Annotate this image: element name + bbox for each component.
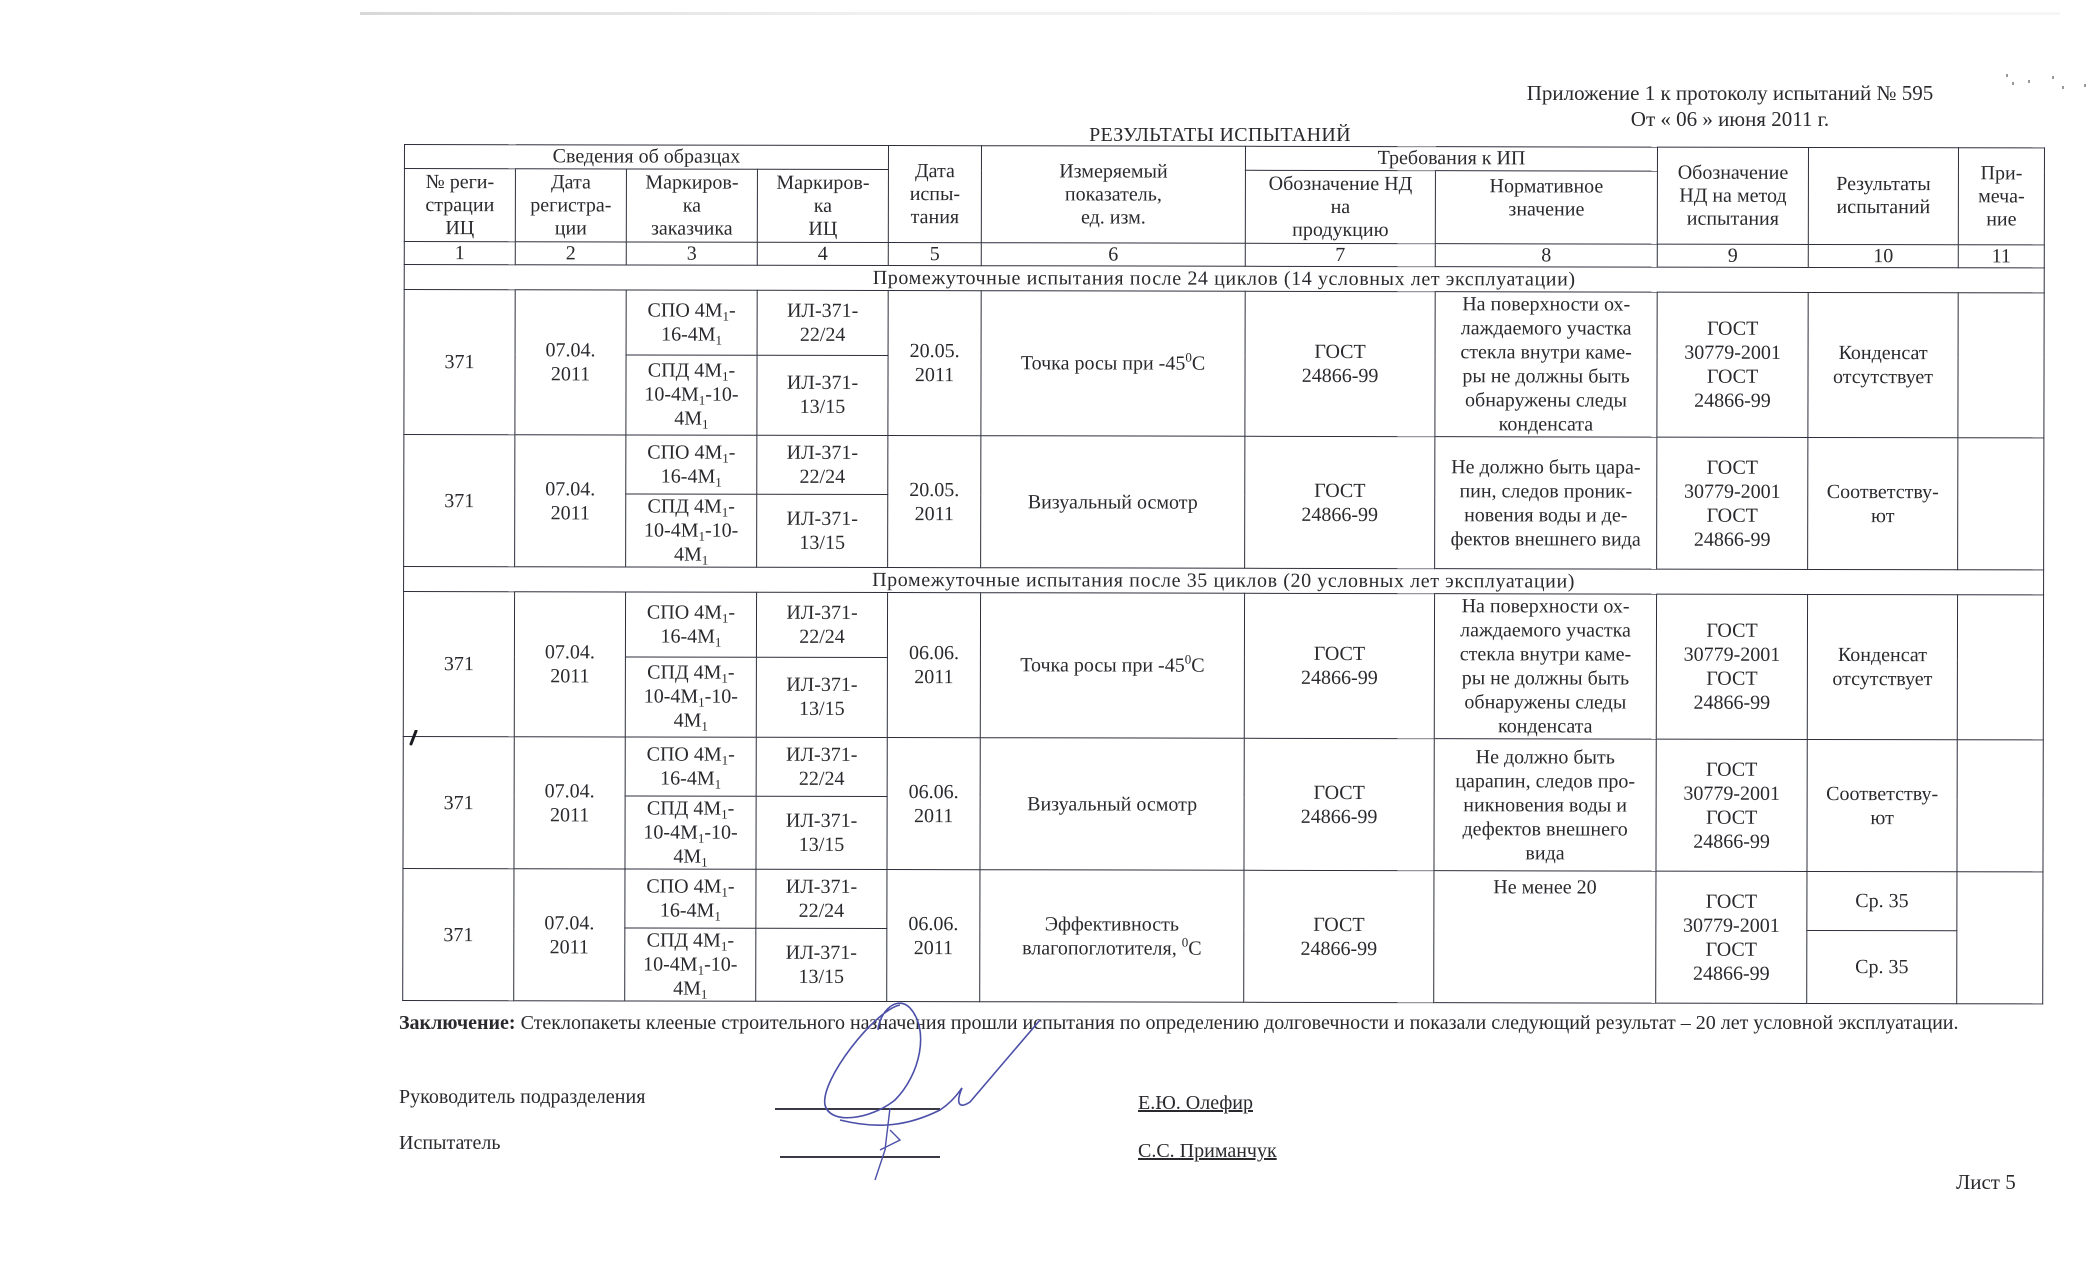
test-date: 20.05.2011 <box>888 291 981 436</box>
column-number: 7 <box>1245 243 1435 266</box>
protocol-annex-header: Приложение 1 к протоколу испытаний № 595… <box>1500 80 1960 132</box>
column-number: 3 <box>626 242 757 265</box>
column-number: 5 <box>888 243 981 266</box>
lab-mark: ИЛ-371-13/15 <box>757 355 888 435</box>
column-header-product-nd: Обозначение НДнапродукцию <box>1245 170 1435 243</box>
section-title: Промежуточные испытания после 24 циклов … <box>404 265 2044 293</box>
column-header-reg-no: № реги-страцииИЦ <box>404 169 515 242</box>
indicator: Визуальный осмотр <box>981 436 1245 569</box>
sheet-number: Лист 5 <box>1956 1170 2016 1195</box>
signature-line <box>780 1156 940 1158</box>
reg-date: 07.04.2011 <box>515 290 626 435</box>
reg-number: 371 <box>404 290 515 435</box>
signer-role: Руководитель подразделения <box>399 1086 645 1108</box>
annex-line: Приложение 1 к протоколу испытаний № 595 <box>1500 80 1960 106</box>
lab-mark: ИЛ-371-13/15 <box>756 928 887 1001</box>
annex-date: От « 06 » июня 2011 г. <box>1500 106 1960 132</box>
reg-number: 371 <box>403 868 514 1000</box>
column-number: 1 <box>404 242 515 265</box>
test-date: 20.05.2011 <box>888 436 981 568</box>
product-nd: ГОСТ24866-99 <box>1244 870 1434 1002</box>
column-number: 9 <box>1657 244 1808 267</box>
column-header-method-nd: ОбозначениеНД на методиспытания <box>1657 147 1808 244</box>
column-number: 2 <box>515 242 626 265</box>
test-date: 06.06.2011 <box>887 593 980 738</box>
signer-name: С.С. Приманчук <box>1138 1140 1277 1163</box>
column-header-lab-mark: Маркиров-каИЦ <box>757 169 888 242</box>
reg-date: 07.04.2011 <box>514 737 625 869</box>
column-number: 4 <box>757 242 888 265</box>
lab-mark: ИЛ-371-22/24 <box>757 290 888 355</box>
note <box>1957 740 2043 872</box>
reg-number: 371 <box>403 592 514 737</box>
note <box>1958 438 2044 570</box>
test-result: Конденсатотсутствует <box>1808 292 1958 437</box>
column-header-test-date: Датаиспы-тания <box>888 146 981 243</box>
table-row: 37107.04.2011СПО 4М1-16-4М1ИЛ-371-22/240… <box>403 592 2043 660</box>
indicator: Точка росы при -450С <box>981 291 1245 437</box>
group-header-samples: Сведения об образцах <box>404 145 888 170</box>
norm-value: На поверхности ох-лаждаемого участкастек… <box>1434 594 1656 739</box>
customer-mark: СПД 4М1-10-4М1-10-4М1 <box>625 657 756 737</box>
test-result: Конденсатотсутствует <box>1807 594 1957 739</box>
column-header-customer-mark: Маркиров-казаказчика <box>626 169 757 242</box>
scan-specks <box>2000 72 2090 102</box>
reg-number: 371 <box>403 736 514 868</box>
column-number: 10 <box>1808 244 1958 267</box>
column-number: 11 <box>1958 245 2044 268</box>
test-date: 06.06.2011 <box>887 738 980 870</box>
product-nd: ГОСТ24866-99 <box>1245 291 1435 436</box>
customer-mark: СПО 4М1-16-4М1 <box>625 592 756 657</box>
column-header-results: Результатыиспытаний <box>1808 147 1958 244</box>
lab-mark: ИЛ-371-13/15 <box>757 494 888 567</box>
test-result: Соответству-ют <box>1807 739 1957 871</box>
table-row: 37107.04.2011СПО 4М1-16-4М1ИЛ-371-22/240… <box>403 868 2043 930</box>
lab-mark: ИЛ-371-22/24 <box>756 737 887 796</box>
lab-mark: ИЛ-371-22/24 <box>757 435 888 494</box>
customer-mark: СПО 4М1-16-4М1 <box>625 737 756 796</box>
signature-line <box>775 1108 940 1110</box>
scan-edge <box>360 12 2060 15</box>
test-result: Ср. 35 <box>1807 871 1957 930</box>
reg-date: 07.04.2011 <box>514 869 625 1001</box>
conclusion-text: Стеклопакеты клееные строительного назна… <box>521 1012 1959 1034</box>
reg-number: 371 <box>404 435 515 567</box>
customer-mark: СПО 4М1-16-4М1 <box>626 435 757 494</box>
customer-mark: СПД 4М1-10-4М1-10-4М1 <box>625 796 756 869</box>
method-nd: ГОСТ30779-2001ГОСТ24866-99 <box>1657 292 1808 437</box>
note <box>1957 872 2043 1004</box>
reg-date: 07.04.2011 <box>514 592 625 737</box>
conclusion-label: Заключение: <box>399 1012 516 1034</box>
norm-value: Не должно бытьцарапин, следов про-никнов… <box>1434 739 1656 871</box>
customer-mark: СПО 4М1-16-4М1 <box>626 290 757 355</box>
column-header-indicator: Измеряемыйпоказатель,ед. изм. <box>981 146 1245 244</box>
customer-mark: СПД 4М1-10-4М1-10-4М1 <box>626 355 757 435</box>
note <box>1958 293 2044 438</box>
lab-mark: ИЛ-371-22/24 <box>756 592 887 657</box>
section-title: Промежуточные испытания после 35 циклов … <box>404 567 2044 595</box>
column-header-note: При-меча-ние <box>1958 148 2044 245</box>
customer-mark: СПО 4М1-16-4М1 <box>625 869 756 928</box>
norm-value: Не должно быть цара-пин, следов проник-н… <box>1435 437 1657 569</box>
product-nd: ГОСТ24866-99 <box>1244 593 1434 738</box>
method-nd: ГОСТ30779-2001ГОСТ24866-99 <box>1656 594 1807 739</box>
test-result: Соответству-ют <box>1808 437 1958 569</box>
lab-mark: ИЛ-371-13/15 <box>756 657 887 737</box>
norm-value: На поверхности ох-лаждаемого участкастек… <box>1435 292 1657 437</box>
column-number: 8 <box>1435 244 1657 267</box>
table-row: 37107.04.2011СПО 4М1-16-4М1ИЛ-371-22/242… <box>404 435 2044 497</box>
table-row: 37107.04.2011СПО 4М1-16-4М1ИЛ-371-22/240… <box>403 736 2043 798</box>
indicator: Точка росы при -450С <box>980 593 1244 739</box>
indicator: Эффективностьвлагопоглотителя, 0С <box>980 870 1244 1003</box>
column-header-reg-date: Датарегистра-ции <box>515 169 626 242</box>
method-nd: ГОСТ30779-2001ГОСТ24866-99 <box>1656 871 1807 1003</box>
customer-mark: СПД 4М1-10-4М1-10-4М1 <box>626 494 757 567</box>
signature-row-head: Руководитель подразделения <box>399 1086 645 1109</box>
column-header-norm-value: Нормативноезначение <box>1435 171 1657 244</box>
product-nd: ГОСТ24866-99 <box>1244 738 1434 870</box>
column-number: 6 <box>981 243 1245 267</box>
table-row: 37107.04.2011СПО 4М1-16-4М1ИЛ-371-22/242… <box>404 290 2044 358</box>
reg-date: 07.04.2011 <box>515 435 626 567</box>
document-title: РЕЗУЛЬТАТЫ ИСПЫТАНИЙ <box>1000 124 1440 147</box>
indicator: Визуальный осмотр <box>980 738 1244 871</box>
method-nd: ГОСТ30779-2001ГОСТ24866-99 <box>1656 739 1807 871</box>
lab-mark: ИЛ-371-22/24 <box>756 869 887 928</box>
test-result: Ср. 35 <box>1807 930 1957 1003</box>
signer-name: Е.Ю. Олефир <box>1138 1092 1253 1115</box>
signature-row-tester: Испытатель <box>399 1132 501 1155</box>
method-nd: ГОСТ30779-2001ГОСТ24866-99 <box>1657 437 1808 569</box>
group-header-requirements: Требования к ИП <box>1245 146 1657 171</box>
lab-mark: ИЛ-371-13/15 <box>756 796 887 869</box>
norm-value: Не менее 20 <box>1434 871 1656 1003</box>
customer-mark: СПД 4М1-10-4М1-10-4М1 <box>625 928 756 1001</box>
note <box>1957 595 2043 740</box>
conclusion: Заключение: Стеклопакеты клееные строите… <box>399 1010 2024 1036</box>
test-date: 06.06.2011 <box>887 870 980 1002</box>
product-nd: ГОСТ24866-99 <box>1245 436 1435 568</box>
signer-role: Испытатель <box>399 1132 501 1154</box>
pen-mark-icon <box>408 730 418 746</box>
results-table: Сведения об образцахДатаиспы-танияИзмеря… <box>402 144 2045 1004</box>
